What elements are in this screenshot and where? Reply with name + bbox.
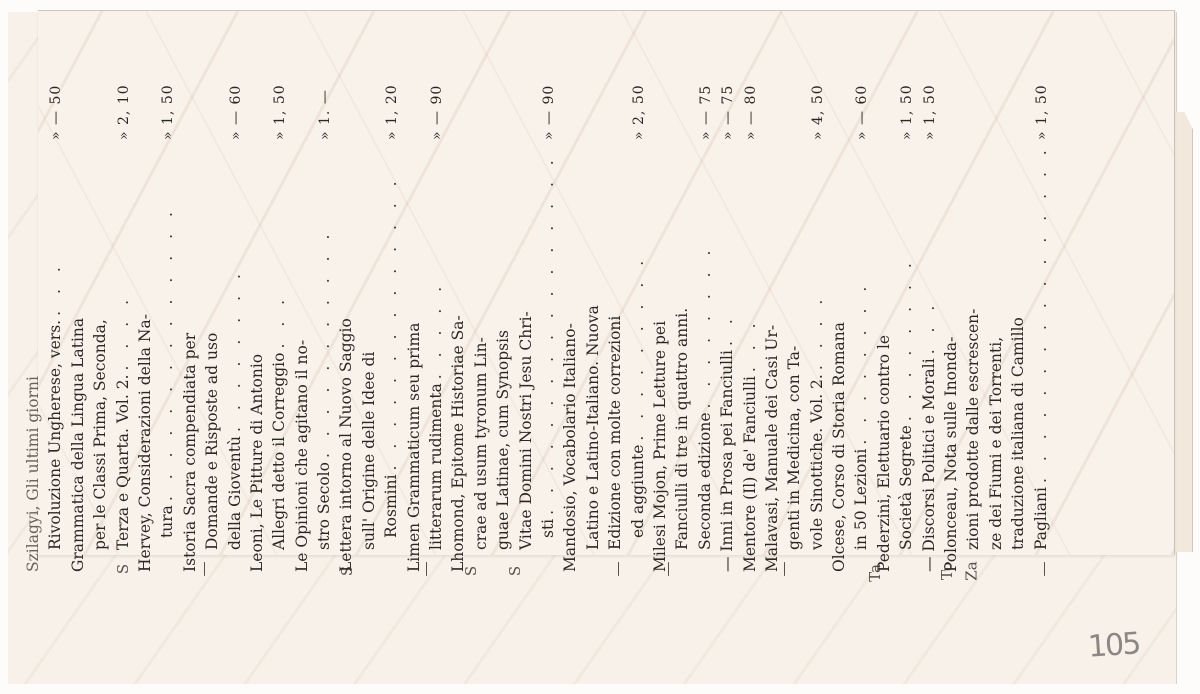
leader-dots: . . . [739, 140, 761, 376]
entry-text: Grammatica della Lingua Latina [67, 318, 89, 572]
entry-text: genti in Medicina, con Ta- [783, 346, 805, 572]
catalog-entry-line: tura. . . . . . . . . . . . . .» 1, 50 [156, 62, 178, 572]
entry-price: » 1, 50 [269, 62, 291, 140]
entry-text: — Discorsi Politici e Morali [918, 358, 940, 572]
catalog-entry-line: genti in Medicina, con Ta- [783, 62, 805, 572]
leader-dots: . . . . . . . . [895, 140, 917, 425]
catalog-entry-line: Milesi Mojon, Prime Letture pei [649, 62, 671, 572]
entry-text: Malavasi, Manuale dei Casi Ur- [761, 325, 783, 572]
leader-dots: . . . [268, 140, 290, 353]
catalog-entry-line: Terza e Quarta. Vol. 2.. . . .» 2, 10 [112, 62, 134, 572]
catalog-entry-line: in 50 Lezioni. . . . . . . .» — 60 [850, 62, 872, 572]
entry-price: » 1, 20 [381, 62, 403, 140]
catalog-entry-line: Vitae Domini Nostri Jesu Chri- [515, 62, 537, 572]
catalog-entry-line: crae ad usum tyronum Lin- [470, 62, 492, 572]
catalog-entry-line: Szilagyi, Gli ultimi giorni [22, 62, 44, 572]
entry-price: » 1. — [314, 62, 336, 140]
entry-text: della Gioventù [224, 436, 246, 572]
catalog-entry-line: sull' Origine delle Idee di [358, 62, 380, 572]
entry-price: » 1, 50 [157, 62, 179, 140]
entry-price: » 1, 50 [919, 62, 941, 140]
entry-text: vole Sinottiche. Vol. 2. [806, 374, 828, 572]
entry-price: » 2, 10 [113, 62, 135, 140]
catalog-list: Szilagyi, Gli ultimi giorniRivoluzione U… [22, 62, 1052, 572]
catalog-entry-line: Olcese, Corso di Storia Romana [828, 62, 850, 572]
entry-price: » 4, 50 [807, 62, 829, 140]
catalog-entry-line: Mentore (Il) de' Fanciulli. . .» — 80 [739, 62, 761, 572]
entry-text: zioni prodotte dalle escrescen- [962, 309, 984, 572]
entry-text: Mentore (Il) de' Fanciulli [739, 376, 761, 572]
entry-text: — Inni in Prosa pei Fanciulli [716, 350, 738, 572]
entry-text: litterarum rudimenta [425, 383, 447, 572]
catalog-entry-line: della Gioventù. . . . . . . .» — 60 [224, 62, 246, 572]
leader-dots: . . . . . . . . [694, 140, 716, 412]
catalog-entry-line: Allegri detto il Correggio. . .» 1, 50 [268, 62, 290, 572]
catalog-entry-line: Latino e Latino-Italiano. Nuova [582, 62, 604, 572]
catalog-entry-line: ed aggiunte. . . . . . . . .» 2, 50 [627, 62, 649, 572]
entry-text: Rivoluzione Ungherese, vers. [44, 320, 66, 572]
entry-text: Lettera intorno al Nuovo Saggio [335, 318, 357, 572]
entry-price: » — 60 [851, 62, 873, 140]
catalog-entry-line: Lettera intorno al Nuovo Saggio [335, 62, 357, 572]
entry-text: per le Classi Prima, Seconda, [89, 319, 111, 572]
leader-dots: . . . [918, 140, 940, 358]
entry-text: tura [156, 505, 178, 572]
leader-dots: . . . . . . . . . . . . . . . . . [537, 140, 559, 519]
catalog-entry-line: per le Classi Prima, Seconda, [89, 62, 111, 572]
leader-dots: . . . [44, 140, 66, 320]
catalog-entry-line: guae Latinae, cum Synopsis [492, 62, 514, 572]
leader-dots: . . . . . . . . [224, 140, 246, 436]
entry-text: Pagliani [1030, 487, 1052, 572]
entry-text: Edizione con molte correzioni [604, 316, 626, 572]
entry-text: Domande e Risposte ad uso [201, 333, 223, 572]
entry-text: in 50 Lezioni [850, 449, 872, 572]
entry-text: sull' Origine delle Idee di [358, 352, 380, 572]
entry-price: » — 90 [538, 62, 560, 140]
entry-price: » — 80 [740, 62, 762, 140]
entry-text: Allegri detto il Correggio [268, 353, 290, 572]
catalog-entry-line: Lhomond, Epitome Historiae Sa- [447, 62, 469, 572]
catalog-entry-line: Mandosio, Vocabolario Italiano- [559, 62, 581, 572]
leader-dots: . . [716, 140, 738, 350]
catalog-entry-line: Seconda edizione. . . . . . . .» — 75 [694, 62, 716, 572]
entry-price: » — 75 [717, 62, 739, 140]
entry-price: » — 60 [225, 62, 247, 140]
entry-text: Milesi Mojon, Prime Letture pei [649, 321, 671, 572]
catalog-entry-line: Malavasi, Manuale dei Casi Ur- [761, 62, 783, 572]
catalog-entry-line: traduzione italiana di Camillo [1007, 62, 1029, 572]
entry-text: Szilagyi, Gli ultimi giorni [22, 376, 44, 572]
entry-price: » 1, 50 [896, 62, 918, 140]
entry-price: » 1, 50 [1031, 62, 1053, 140]
entry-text: Fanciulli di tre in quattro anni. [671, 308, 693, 572]
catalog-entry-line: Le Opinioni che agitano il no- [291, 62, 313, 572]
entry-text: Mandosio, Vocabolario Italiano- [559, 323, 581, 572]
entry-text: traduzione italiana di Camillo [1007, 317, 1029, 572]
catalog-entry-line: Pederzini, Elettuario contro le [873, 62, 895, 572]
entry-text: Le Opinioni che agitano il no- [291, 340, 313, 572]
catalog-entry-line: Pagliani. . . . . . . . . . . . . . . . … [1030, 62, 1052, 572]
catalog-entry-line: — Inni in Prosa pei Fanciulli. .» — 75 [716, 62, 738, 572]
catalog-entry-line: Rosmini. . . . . . . . . . . . . .» 1, 2… [380, 62, 402, 572]
catalog-entry-line: zioni prodotte dalle escrescen- [962, 62, 984, 572]
entry-text: Istoria Sacra compendiata per [179, 333, 201, 572]
catalog-entry-line: Istoria Sacra compendiata per [179, 62, 201, 572]
entry-text: Polonceau, Nota sulle Inonda- [940, 337, 962, 572]
catalog-entry-line: litterarum rudimenta. . . . .» — 90 [425, 62, 447, 572]
entry-text: Leoni, Le Pitture di Antonio [246, 354, 268, 572]
leader-dots: . . . . . . . . . . . . . . [380, 140, 402, 474]
entry-text: sti [537, 519, 559, 572]
leader-dots: . . . . . . . . . [627, 140, 649, 445]
entry-price: » 2, 50 [628, 62, 650, 140]
entry-price: » — 50 [45, 62, 67, 140]
entry-text: ed aggiunte [627, 445, 649, 572]
leader-dots: . . . . . . . . . . . . . . . . . . [1030, 140, 1052, 487]
leader-dots: . . . . . . . . [850, 140, 872, 449]
entry-text: Hervey, Considerazioni della Na- [134, 314, 156, 572]
catalog-entry-line: Rivoluzione Ungherese, vers.. . .» — 50 [44, 62, 66, 572]
leader-dots: . . . . . . . . . . . . . . [156, 140, 178, 505]
entry-text: Rosmini [380, 474, 402, 572]
catalog-entry-line: Domande e Risposte ad uso [201, 62, 223, 572]
entry-text: Terza e Quarta. Vol. 2. [112, 374, 134, 572]
catalog-entry-line: Grammatica della Lingua Latina [67, 62, 89, 572]
entry-text: stro Secolo [313, 462, 335, 572]
entry-text: Vitae Domini Nostri Jesu Chri- [515, 311, 537, 572]
entry-text: ze dei Fiumi e dei Torrenti, [985, 337, 1007, 572]
entry-text: Lhomond, Epitome Historiae Sa- [447, 315, 469, 572]
entry-text: guae Latinae, cum Synopsis [492, 330, 514, 572]
catalog-entry-line: Polonceau, Nota sulle Inonda- [940, 62, 962, 572]
catalog-entry-line: sti. . . . . . . . . . . . . . . . .» — … [537, 62, 559, 572]
catalog-entry-line: Hervey, Considerazioni della Na- [134, 62, 156, 572]
catalog-entry-line: vole Sinottiche. Vol. 2.. . . .» 4, 50 [806, 62, 828, 572]
leader-dots: . . . . [112, 140, 134, 374]
entry-text: Seconda edizione [694, 412, 716, 572]
entry-text: Limen Grammaticum seu prima [403, 323, 425, 572]
entry-price: » — 75 [695, 62, 717, 140]
handwritten-page-number: 105 [1087, 626, 1141, 664]
entry-price: » — 90 [426, 62, 448, 140]
catalog-entry-line: ze dei Fiumi e dei Torrenti, [985, 62, 1007, 572]
catalog-entry-line: Limen Grammaticum seu prima [403, 62, 425, 572]
leader-dots: . . . . . [425, 140, 447, 383]
catalog-entry-line: Edizione con molte correzioni [604, 62, 626, 572]
catalog-entry-line: Leoni, Le Pitture di Antonio [246, 62, 268, 572]
leader-dots: . . . . . . . . . . . [313, 140, 335, 462]
leader-dots: . . . . [806, 140, 828, 374]
catalog-entry-line: Fanciulli di tre in quattro anni. [671, 62, 693, 572]
entry-text: Pederzini, Elettuario contro le [873, 335, 895, 572]
entry-text: Olcese, Corso di Storia Romana [828, 322, 850, 572]
catalog-entry-line: stro Secolo. . . . . . . . . . .» 1. — [313, 62, 335, 572]
entry-text: crae ad usum tyronum Lin- [470, 337, 492, 572]
entry-text: Società Segrete [895, 425, 917, 572]
catalog-entry-line: Società Segrete. . . . . . . .» 1, 50 [895, 62, 917, 572]
catalog-entry-line: — Discorsi Politici e Morali. . .» 1, 50 [918, 62, 940, 572]
entry-text: Latino e Latino-Italiano. Nuova [582, 305, 604, 572]
